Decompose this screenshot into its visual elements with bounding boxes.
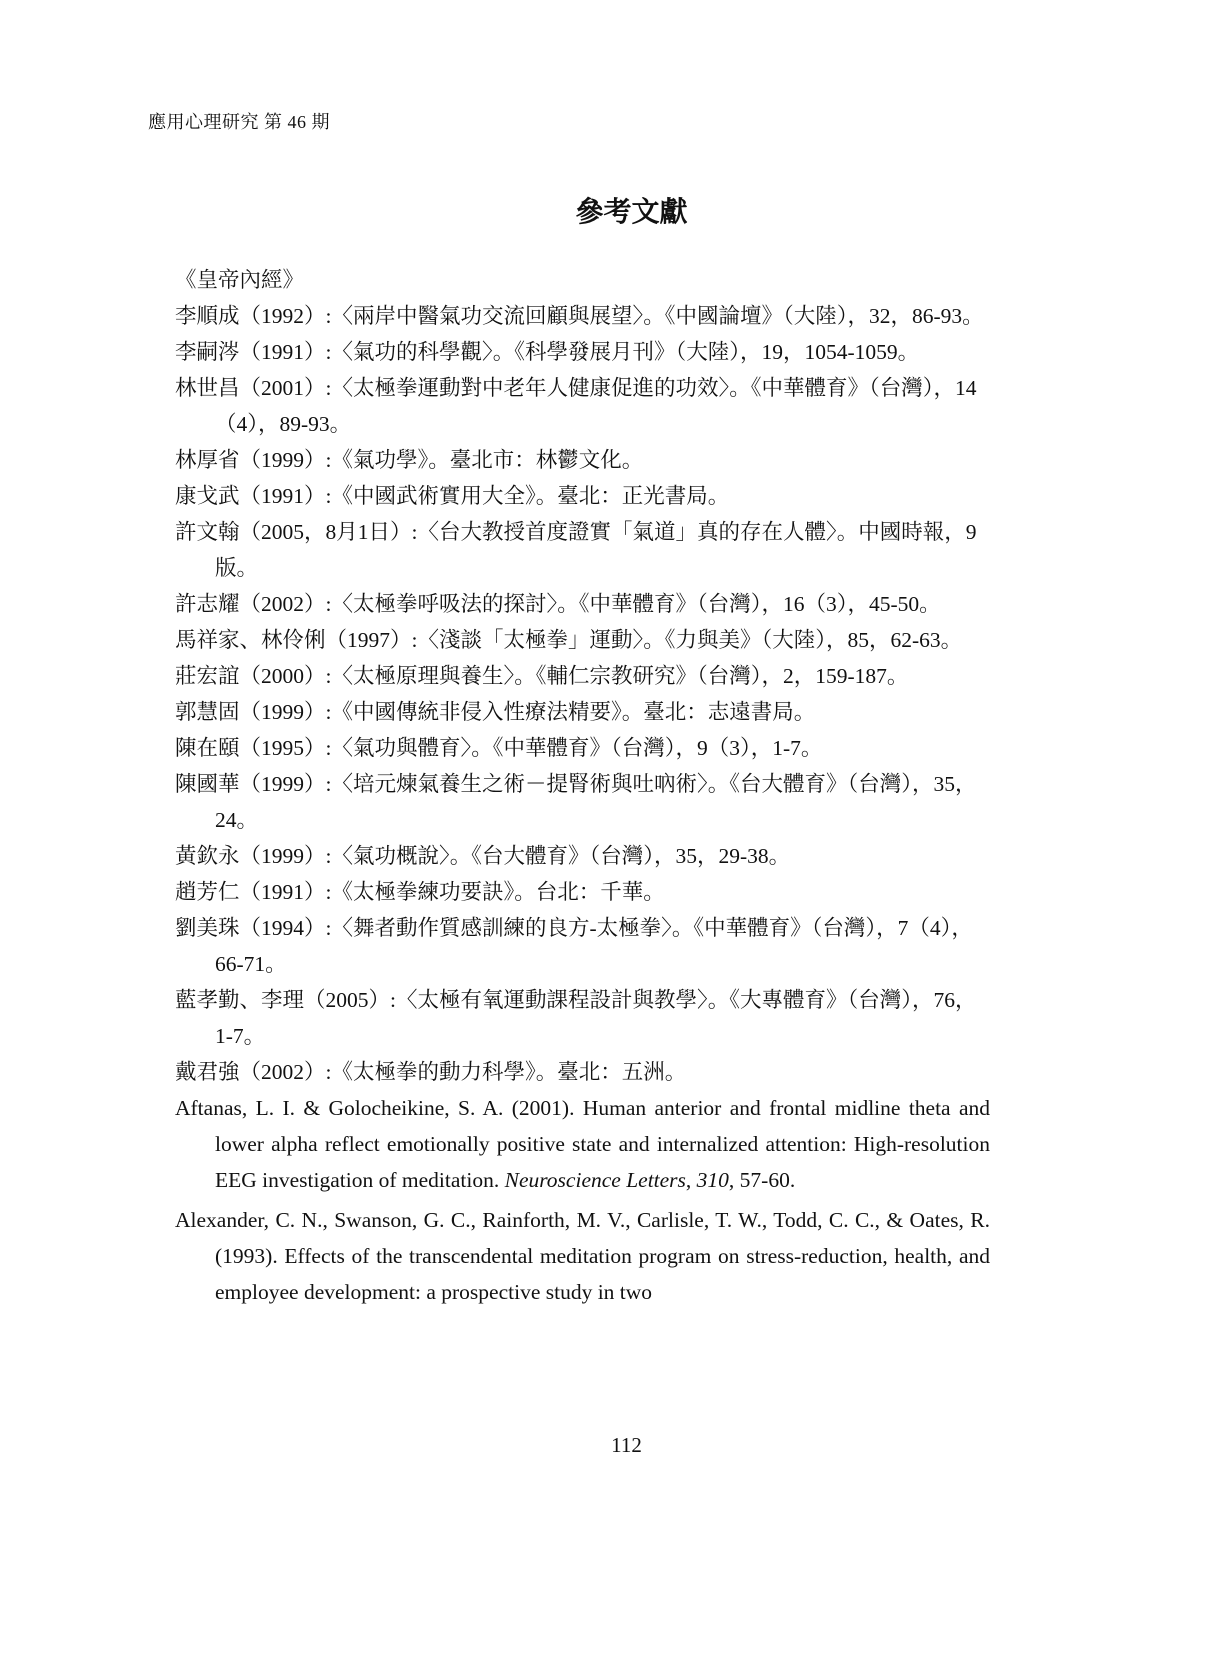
reference-item: 劉美珠（1994）:〈舞者動作質感訓練的良方-太極拳〉。《中華體育》（台灣），7…: [175, 910, 990, 982]
reference-item-english: Alexander, C. N., Swanson, G. C., Rainfo…: [175, 1202, 990, 1310]
reference-item: 李順成（1992）:〈兩岸中醫氣功交流回顧與展望〉。《中國論壇》（大陸），32，…: [175, 298, 990, 334]
reference-item: 陳在頤（1995）:〈氣功與體育〉。《中華體育》（台灣），9（3），1-7。: [175, 730, 990, 766]
reference-item: 趙芳仁（1991）:《太極拳練功要訣》。台北：千華。: [175, 874, 990, 910]
reference-item: 《皇帝內經》: [175, 262, 990, 298]
reference-list: 《皇帝內經》 李順成（1992）:〈兩岸中醫氣功交流回顧與展望〉。《中國論壇》（…: [175, 262, 990, 1310]
reference-item: 黃欽永（1999）:〈氣功概說〉。《台大體育》（台灣），35，29-38。: [175, 838, 990, 874]
reference-item: 藍孝勤、李理（2005）:〈太極有氧運動課程設計與教學〉。《大專體育》（台灣），…: [175, 982, 990, 1054]
reference-item-english: Aftanas, L. I. & Golocheikine, S. A. (20…: [175, 1090, 990, 1198]
reference-item: 戴君強（2002）:《太極拳的動力科學》。臺北：五洲。: [175, 1054, 990, 1090]
page-number: 112: [0, 1433, 1223, 1458]
journal-title: Neuroscience Letters: [505, 1168, 686, 1192]
reference-item: 陳國華（1999）:〈培元煉氣養生之術－提腎術與吐吶術〉。《台大體育》（台灣），…: [175, 766, 990, 838]
reference-item: 莊宏誼（2000）:〈太極原理與養生〉。《輔仁宗教研究》（台灣），2，159-1…: [175, 658, 990, 694]
reference-item: 李嗣涔（1991）:〈氣功的科學觀〉。《科學發展月刊》（大陸），19，1054-…: [175, 334, 990, 370]
reference-item: 康戈武（1991）:《中國武術實用大全》。臺北：正光書局。: [175, 478, 990, 514]
separator: ,: [686, 1168, 697, 1192]
page-range: , 57-60.: [729, 1168, 795, 1192]
reference-item: 許文翰（2005，8月1日）:〈台大教授首度證實「氣道」真的存在人體〉。中國時報…: [175, 514, 990, 586]
running-head: 應用心理研究 第 46 期: [148, 108, 330, 134]
reference-item: 馬祥家、林伶俐（1997）:〈淺談「太極拳」運動〉。《力與美》（大陸），85，6…: [175, 622, 990, 658]
reference-item: 許志耀（2002）:〈太極拳呼吸法的探討〉。《中華體育》（台灣），16（3），4…: [175, 586, 990, 622]
reference-item: 郭慧固（1999）:《中國傳統非侵入性療法精要》。臺北：志遠書局。: [175, 694, 990, 730]
journal-volume: 310: [697, 1168, 729, 1192]
page-title: 參考文獻: [0, 190, 1223, 230]
reference-item: 林厚省（1999）:《氣功學》。臺北市：林鬱文化。: [175, 442, 990, 478]
reference-text: Alexander, C. N., Swanson, G. C., Rainfo…: [175, 1208, 990, 1304]
reference-item: 林世昌（2001）:〈太極拳運動對中老年人健康促進的功效〉。《中華體育》（台灣）…: [175, 370, 990, 442]
